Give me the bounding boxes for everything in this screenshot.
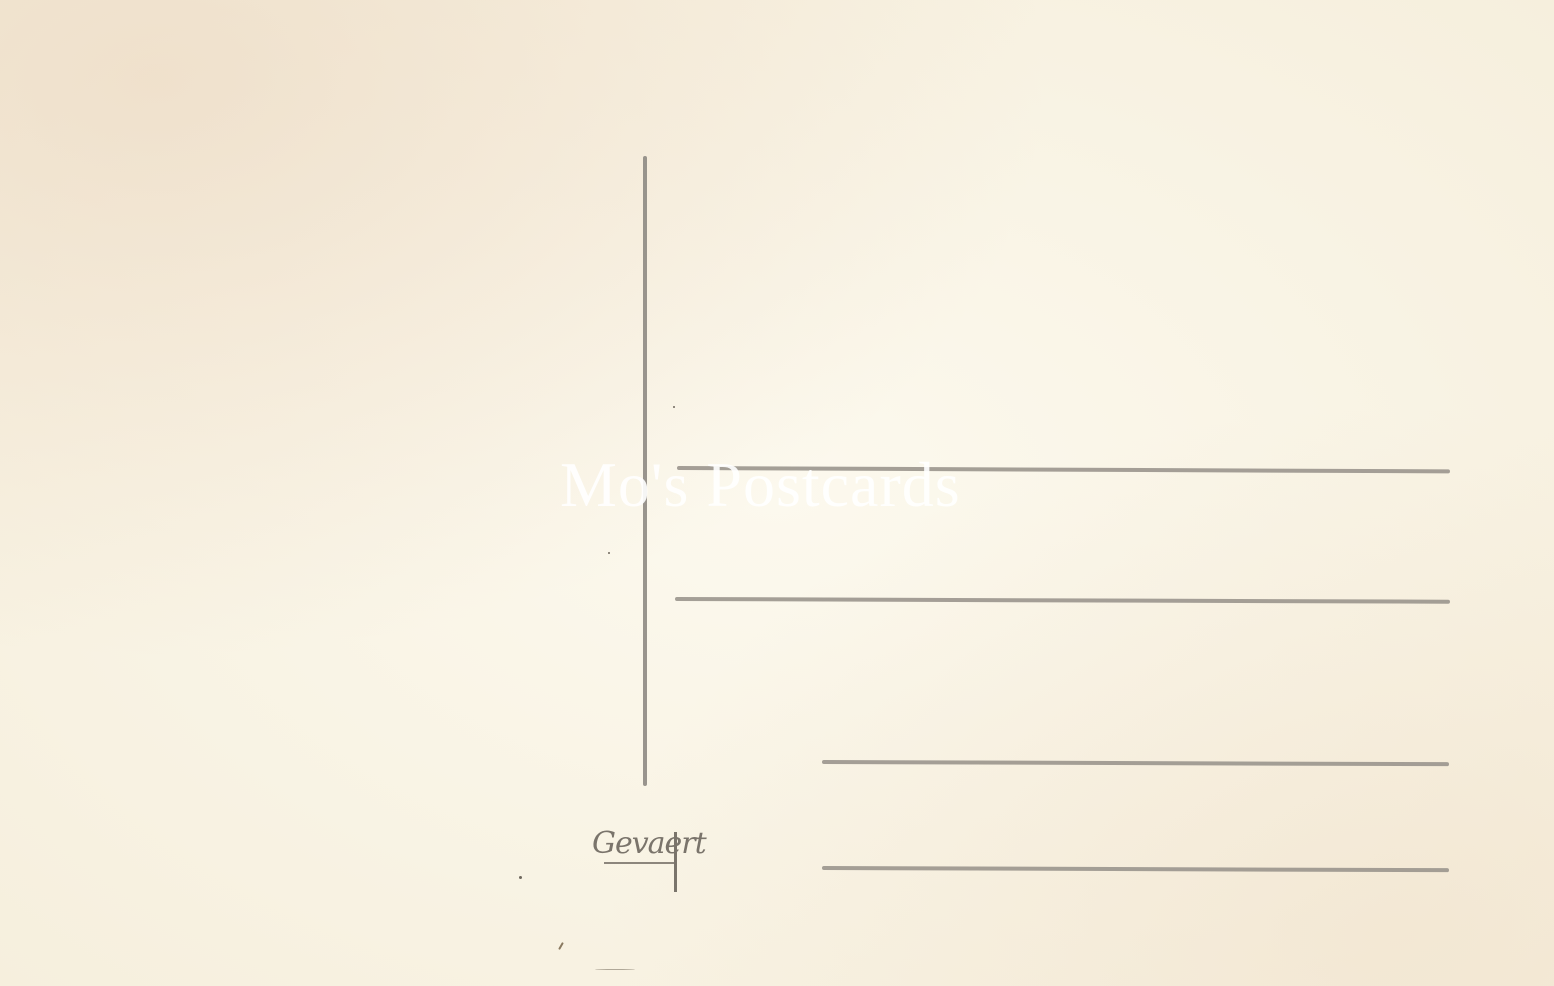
paper-speck [673,406,675,408]
address-line-2 [675,597,1450,604]
address-line-4 [822,866,1449,872]
paper-scratch [595,969,635,970]
postcard-back: Mo's Postcards Gevaert [0,0,1554,986]
paper-scratch [558,942,564,950]
address-line-3 [822,760,1449,766]
logo-underline [604,862,676,864]
publisher-logo: Gevaert [592,822,692,894]
publisher-logo-text: Gevaert [592,826,706,861]
paper-speck [519,876,522,879]
logo-stem [674,832,677,892]
paper-speck [608,552,610,554]
watermark: Mo's Postcards [560,448,961,522]
